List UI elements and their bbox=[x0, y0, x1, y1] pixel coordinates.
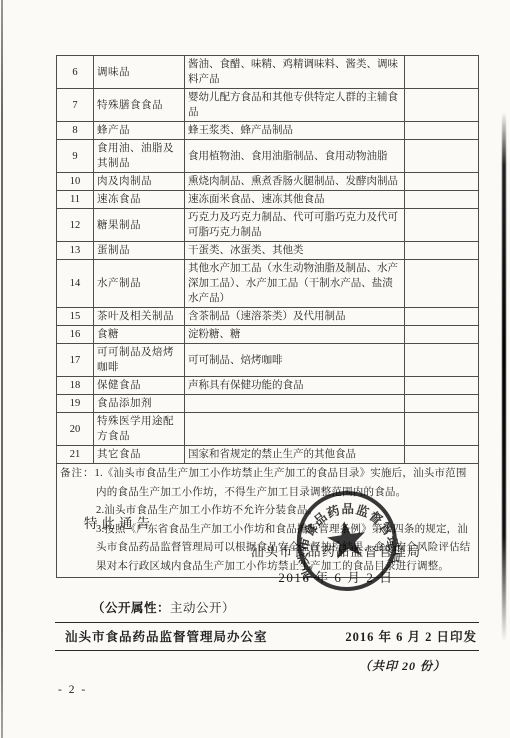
food-products: 含茶制品（速溶茶类）及代用制品 bbox=[185, 308, 405, 326]
food-category: 保健食品 bbox=[94, 377, 185, 395]
food-products: 婴幼儿配方食品和其他专供特定人群的主辅食品 bbox=[185, 89, 405, 122]
table-row: 13 蛋制品 干蛋类、冰蛋类、其他类 bbox=[57, 242, 479, 260]
empty-cell bbox=[405, 413, 479, 446]
food-products: 酱油、食醋、味精、鸡精调味料、酱类、调味料产品 bbox=[185, 56, 405, 89]
print-copies: （共印 20 份） bbox=[359, 657, 446, 674]
empty-cell bbox=[405, 326, 479, 344]
row-number: 21 bbox=[57, 446, 94, 464]
row-number: 10 bbox=[57, 173, 94, 191]
food-category: 糖果制品 bbox=[94, 209, 185, 242]
food-category: 蜂产品 bbox=[94, 122, 185, 140]
table-row: 8 蜂产品 蜂王浆类、蜂产品制品 bbox=[57, 122, 479, 140]
empty-cell bbox=[405, 191, 479, 209]
empty-cell bbox=[405, 140, 479, 173]
table-row: 15 茶叶及相关制品 含茶制品（速溶茶类）及代用制品 bbox=[57, 308, 479, 326]
row-number: 12 bbox=[57, 209, 94, 242]
row-number: 16 bbox=[57, 326, 94, 344]
table-row: 7 特殊膳食食品 婴幼儿配方食品和其他专供特定人群的主辅食品 bbox=[57, 89, 479, 122]
row-number: 13 bbox=[57, 242, 94, 260]
scan-left-edge-artifact bbox=[1, 0, 3, 738]
food-products: 蜂王浆类、蜂产品制品 bbox=[185, 122, 405, 140]
table-row: 19 食品添加剂 bbox=[57, 395, 479, 413]
food-products: 熏烧肉制品、熏煮香肠火腿制品、发酵肉制品 bbox=[185, 173, 405, 191]
food-category-table: 6 调味品 酱油、食醋、味精、鸡精调味料、酱类、调味料产品 7 特殊膳食食品 婴… bbox=[56, 55, 479, 578]
row-number: 18 bbox=[57, 377, 94, 395]
official-seal-graphic: 汕头市食品药品监督管理局 bbox=[283, 481, 411, 604]
footer-divider-top bbox=[55, 622, 479, 623]
table-row: 20 特殊医学用途配方食品 bbox=[57, 413, 479, 446]
food-products: 巧克力及巧克力制品、代可可脂巧克力及代可可脂巧克力制品 bbox=[185, 209, 405, 242]
row-number: 7 bbox=[57, 89, 94, 122]
food-category: 食用油、油脂及其制品 bbox=[94, 140, 185, 173]
food-products: 淀粉糖、糖 bbox=[185, 326, 405, 344]
food-category: 特殊医学用途配方食品 bbox=[94, 413, 185, 446]
food-category: 蛋制品 bbox=[94, 242, 185, 260]
empty-cell bbox=[405, 173, 479, 191]
food-products: 其他水产加工品（水生动物油脂及制品、水产深加工品）、水产加工品（干制水产品、盐渍… bbox=[185, 260, 405, 308]
food-category: 食品添加剂 bbox=[94, 395, 185, 413]
row-number: 17 bbox=[57, 344, 94, 377]
row-number: 9 bbox=[57, 140, 94, 173]
table-row: 12 糖果制品 巧克力及巧克力制品、代可可脂巧克力及代可可脂巧克力制品 bbox=[57, 209, 479, 242]
scan-right-edge-artifact bbox=[502, 112, 506, 642]
row-number: 11 bbox=[57, 191, 94, 209]
empty-cell bbox=[405, 209, 479, 242]
closing-statement: 特此通告 bbox=[84, 512, 154, 532]
empty-cell bbox=[405, 308, 479, 326]
food-products: 声称具有保健功能的食品 bbox=[185, 377, 405, 395]
food-category: 速冻食品 bbox=[94, 191, 185, 209]
food-category: 茶叶及相关制品 bbox=[94, 308, 185, 326]
food-products: 干蛋类、冰蛋类、其他类 bbox=[185, 242, 405, 260]
food-products: 速冻面米食品、速冻其他食品 bbox=[185, 191, 405, 209]
row-number: 19 bbox=[57, 395, 94, 413]
scanned-document-page: 6 调味品 酱油、食醋、味精、鸡精调味料、酱类、调味料产品 7 特殊膳食食品 婴… bbox=[0, 0, 510, 738]
food-products: 可可制品、焙烤咖啡 bbox=[185, 344, 405, 377]
table-row: 9 食用油、油脂及其制品 食用植物油、食用油脂制品、食用动物油脂 bbox=[57, 140, 479, 173]
row-number: 20 bbox=[57, 413, 94, 446]
row-number: 8 bbox=[57, 122, 94, 140]
publicity-value: 主动公开） bbox=[170, 601, 235, 615]
publicity-attribute: （公开属性：主动公开） bbox=[92, 598, 235, 616]
food-category: 其它食品 bbox=[94, 446, 185, 464]
publicity-label: （公开属性： bbox=[92, 601, 170, 615]
official-seal: 汕头市食品药品监督管理局 bbox=[283, 481, 411, 604]
empty-cell bbox=[405, 395, 479, 413]
food-products: 国家和省规定的禁止生产的其他食品 bbox=[185, 446, 405, 464]
empty-cell bbox=[405, 56, 479, 89]
table-row: 11 速冻食品 速冻面米食品、速冻其他食品 bbox=[57, 191, 479, 209]
empty-cell bbox=[405, 344, 479, 377]
food-table-body: 6 调味品 酱油、食醋、味精、鸡精调味料、酱类、调味料产品 7 特殊膳食食品 婴… bbox=[57, 56, 479, 464]
food-category: 可可制品及焙烤咖啡 bbox=[94, 344, 185, 377]
empty-cell bbox=[405, 242, 479, 260]
table-row: 14 水产制品 其他水产加工品（水生动物油脂及制品、水产深加工品）、水产加工品（… bbox=[57, 260, 479, 308]
footer-divider-bottom bbox=[55, 650, 479, 651]
food-products: 食用植物油、食用油脂制品、食用动物油脂 bbox=[185, 140, 405, 173]
notes-label: 备注： bbox=[60, 468, 95, 479]
empty-cell bbox=[405, 377, 479, 395]
food-products bbox=[185, 395, 405, 413]
footer-print-date: 2016 年 6 月 2 日印发 bbox=[345, 627, 477, 645]
table-row: 6 调味品 酱油、食醋、味精、鸡精调味料、酱类、调味料产品 bbox=[57, 56, 479, 89]
table-row: 10 肉及肉制品 熏烧肉制品、熏煮香肠火腿制品、发酵肉制品 bbox=[57, 173, 479, 191]
food-category: 肉及肉制品 bbox=[94, 173, 185, 191]
empty-cell bbox=[405, 446, 479, 464]
empty-cell bbox=[405, 89, 479, 122]
seal-star-icon bbox=[325, 519, 368, 560]
food-category: 食糖 bbox=[94, 326, 185, 344]
food-category: 调味品 bbox=[94, 56, 185, 89]
food-category: 特殊膳食食品 bbox=[94, 89, 185, 122]
empty-cell bbox=[405, 260, 479, 308]
table-row: 21 其它食品 国家和省规定的禁止生产的其他食品 bbox=[57, 446, 479, 464]
page-number: - 2 - bbox=[58, 684, 87, 696]
table-row: 16 食糖 淀粉糖、糖 bbox=[57, 326, 479, 344]
table-row: 17 可可制品及焙烤咖啡 可可制品、焙烤咖啡 bbox=[57, 344, 479, 377]
footer-office: 汕头市食品药品监督管理局办公室 bbox=[65, 627, 268, 645]
empty-cell bbox=[405, 122, 479, 140]
food-category: 水产制品 bbox=[94, 260, 185, 308]
table-row: 18 保健食品 声称具有保健功能的食品 bbox=[57, 377, 479, 395]
food-products bbox=[185, 413, 405, 446]
row-number: 6 bbox=[57, 56, 94, 89]
row-number: 15 bbox=[57, 308, 94, 326]
note-text: 1.《汕头市食品生产加工小作坊禁止生产加工的食品目录》实施后，汕头市范围内的食品… bbox=[95, 468, 467, 498]
row-number: 14 bbox=[57, 260, 94, 308]
footer: 汕头市食品药品监督管理局办公室 2016 年 6 月 2 日印发 bbox=[55, 627, 479, 645]
